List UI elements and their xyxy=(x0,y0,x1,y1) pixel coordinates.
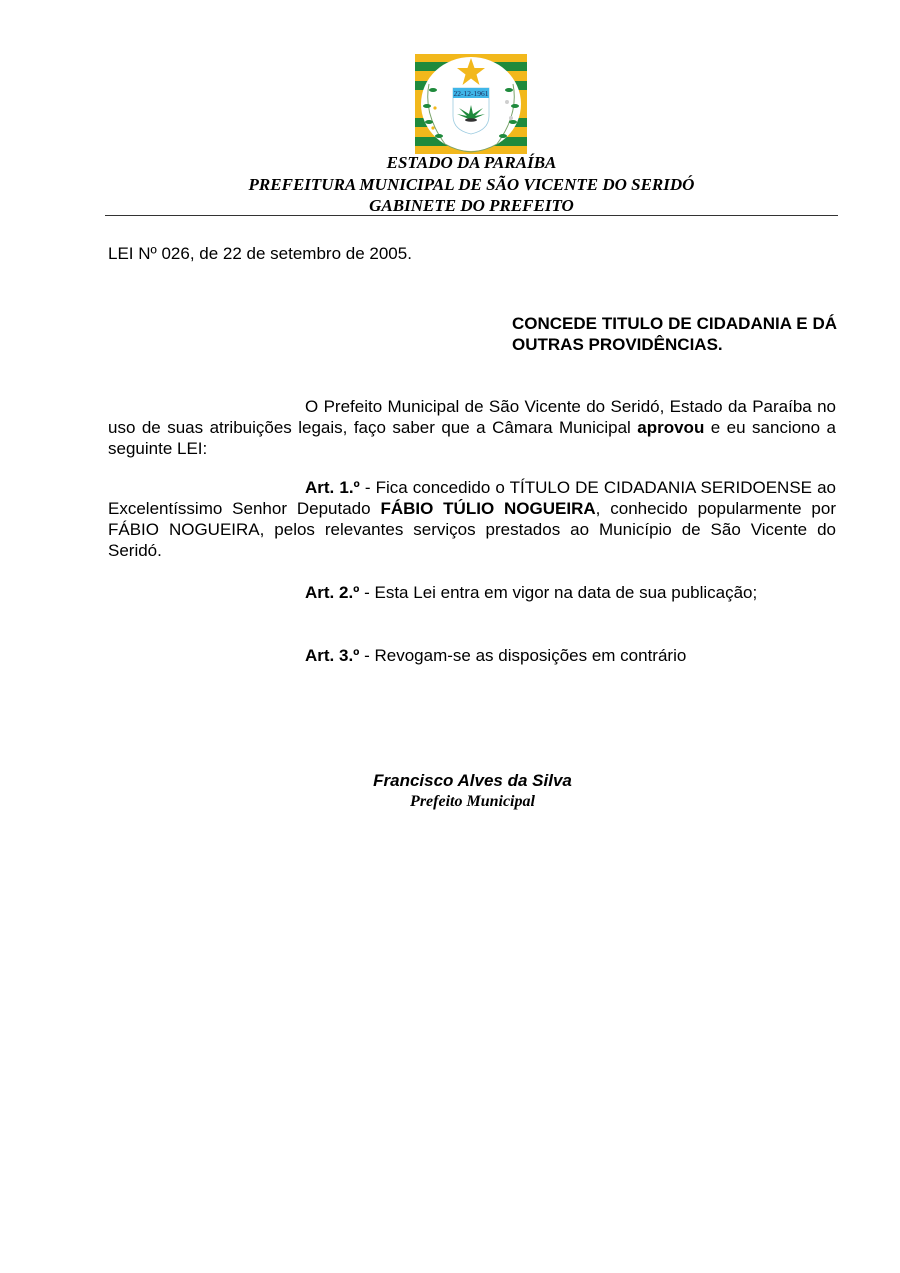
header-municipality: PREFEITURA MUNICIPAL DE SÃO VICENTE DO S… xyxy=(105,175,838,194)
header-office: GABINETE DO PREFEITO xyxy=(105,196,838,215)
header-divider xyxy=(105,215,838,216)
coat-of-arms-icon: 22-12-1961 xyxy=(415,54,527,154)
article-2-text: - Esta Lei entra em vigor na data de sua… xyxy=(359,583,757,602)
article-1-label: Art. 1.º xyxy=(305,478,360,497)
law-number: LEI Nº 026, de 22 de setembro de 2005. xyxy=(108,243,412,264)
signatory-name: Francisco Alves da Silva xyxy=(305,770,640,791)
article-2-label: Art. 2.º xyxy=(305,583,359,602)
article-1: Art. 1.º - Fica concedido o TÍTULO DE CI… xyxy=(108,477,836,561)
article-1-honoree: FÁBIO TÚLIO NOGUEIRA xyxy=(380,499,595,518)
preamble-bold: aprovou xyxy=(637,418,704,437)
article-3: Art. 3.º - Revogam-se as disposições em … xyxy=(305,645,836,666)
preamble-paragraph: O Prefeito Municipal de São Vicente do S… xyxy=(108,396,836,459)
article-2: Art. 2.º - Esta Lei entra em vigor na da… xyxy=(305,582,836,603)
law-summary: CONCEDE TITULO DE CIDADANIA E DÁ OUTRAS … xyxy=(512,313,837,355)
article-3-text: - Revogam-se as disposições em contrário xyxy=(359,646,686,665)
signatory-role: Prefeito Municipal xyxy=(305,792,640,811)
header-state: ESTADO DA PARAÍBA xyxy=(105,153,838,172)
article-3-label: Art. 3.º xyxy=(305,646,359,665)
emblem-date: 22-12-1961 xyxy=(454,89,489,98)
